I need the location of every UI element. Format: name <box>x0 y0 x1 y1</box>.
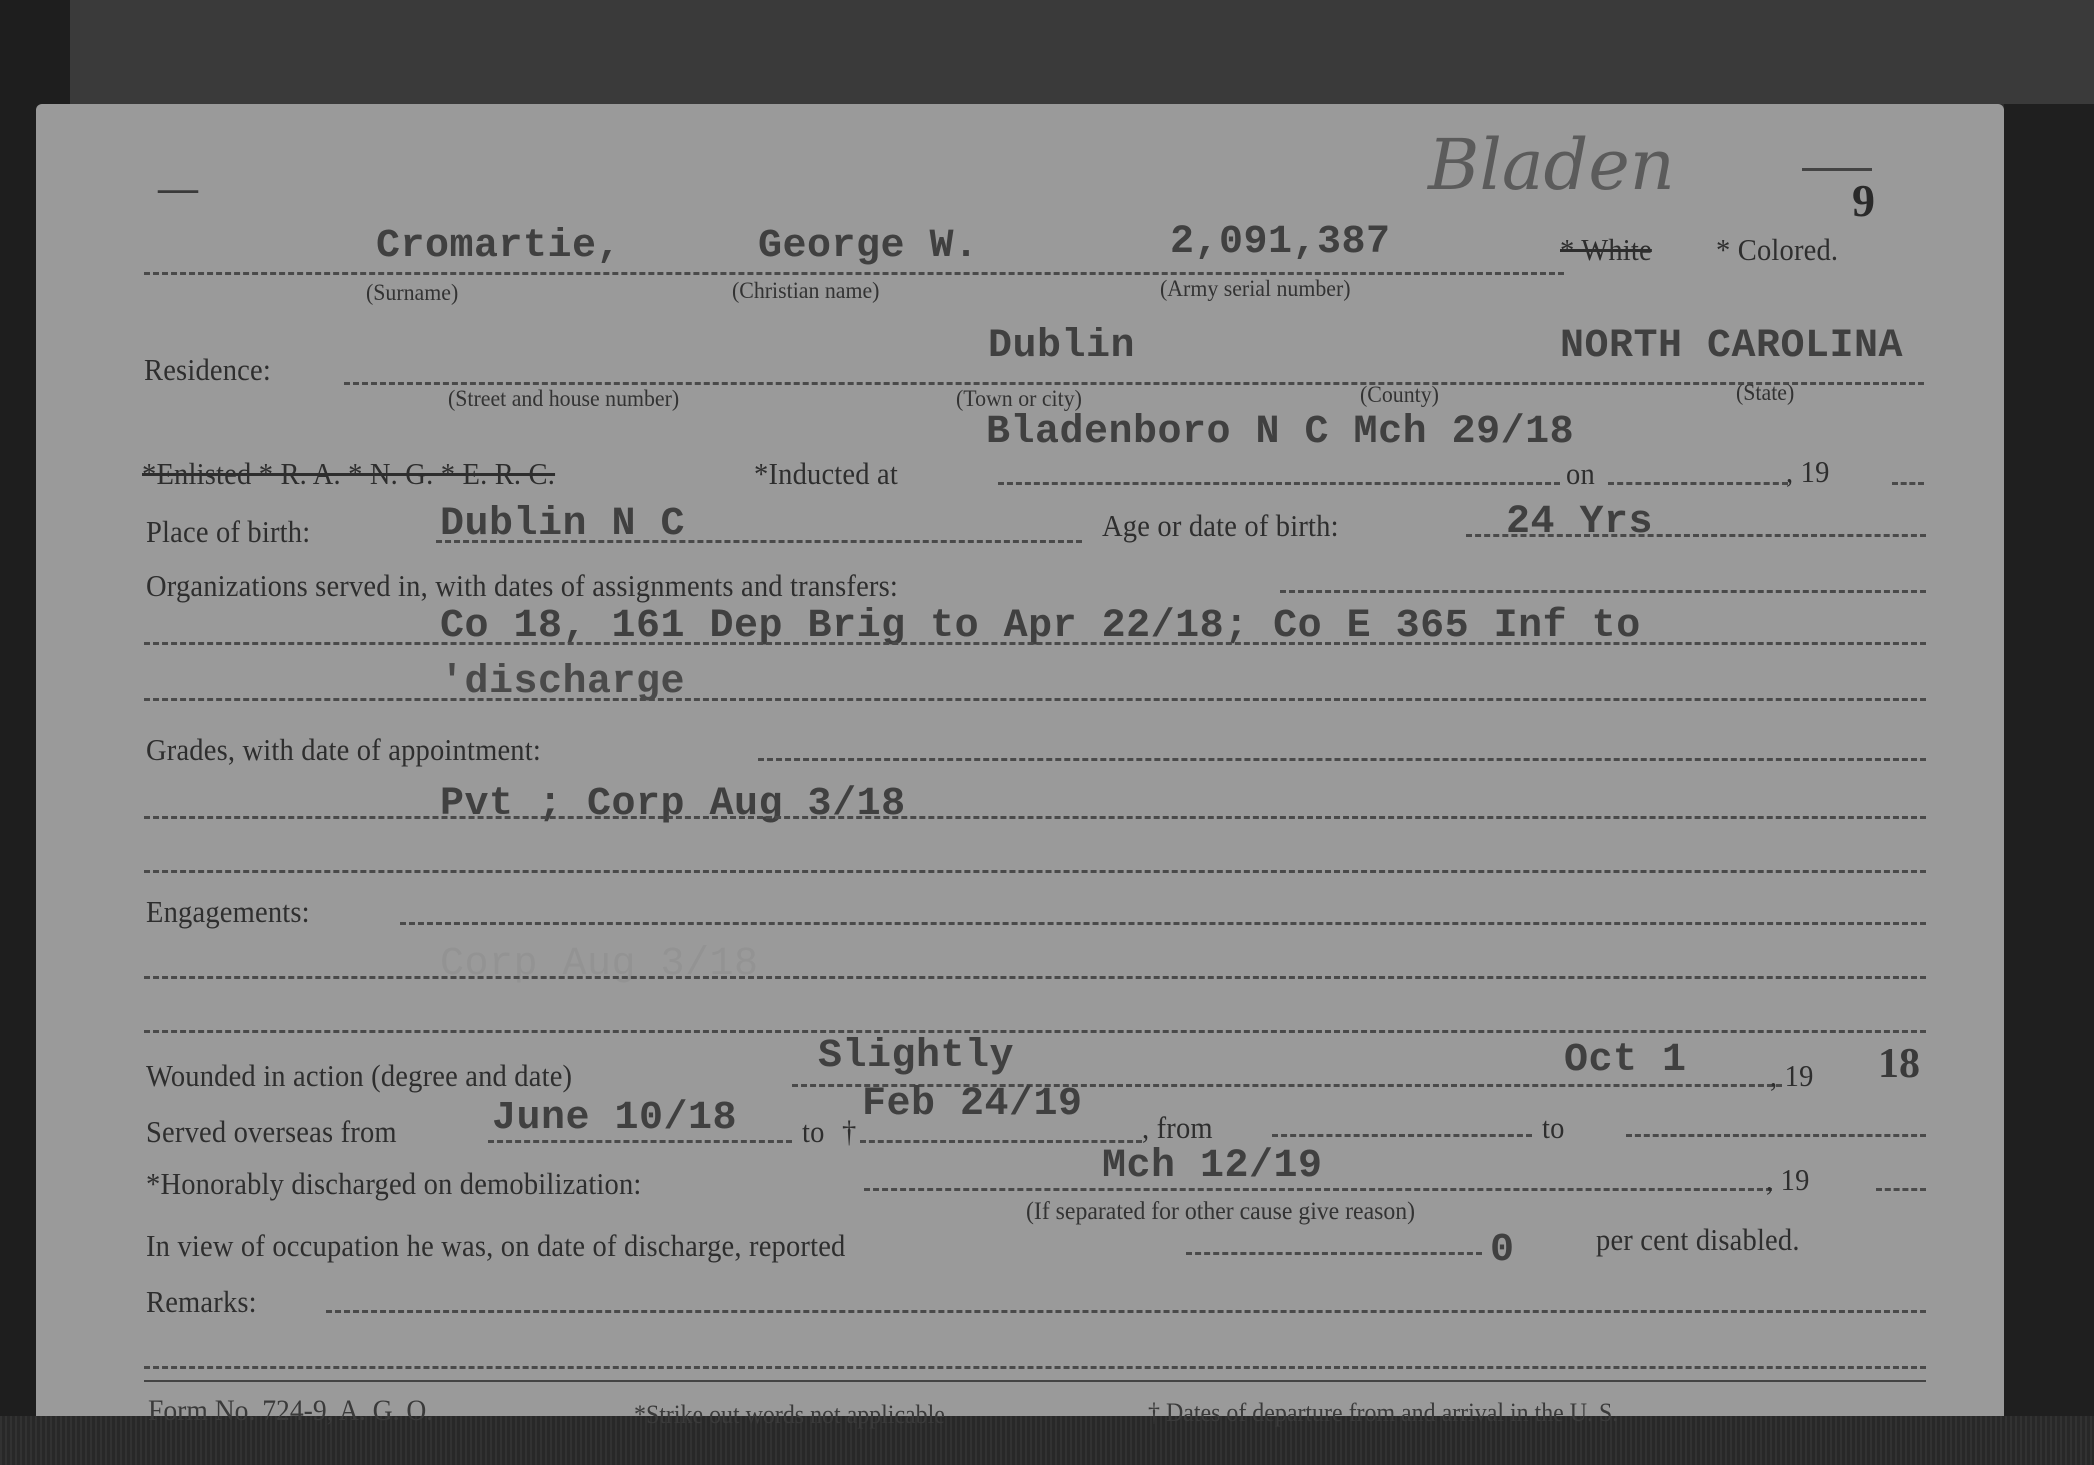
grades-label: Grades, with date of appointment: <box>146 732 541 768</box>
grades-line1: Pvt ; Corp Aug 3/18 <box>440 782 906 827</box>
place-of-birth-line <box>436 540 1082 543</box>
discharge-note: (If separated for other cause give reaso… <box>1026 1198 1415 1226</box>
race-colored: * Colored. <box>1716 232 1838 268</box>
residence-town-value: Dublin <box>988 324 1135 369</box>
engagements-line-1 <box>144 976 1926 979</box>
card-number: 9 <box>1852 174 1875 227</box>
on-label: on <box>1566 456 1595 492</box>
grades-line-1 <box>144 816 1926 819</box>
wounded-year: 18 <box>1878 1040 1920 1088</box>
race-white-struck: * White <box>1560 232 1652 268</box>
organizations-line-2 <box>144 698 1926 701</box>
strike-note: *Strike out words not applicable <box>634 1400 945 1430</box>
overseas-to-1: Feb 24/19 <box>862 1082 1083 1127</box>
residence-label: Residence: <box>144 352 271 388</box>
on-line <box>1608 482 1788 485</box>
overseas-label: Served overseas from <box>146 1114 397 1150</box>
christian-name-value: George W. <box>758 224 979 269</box>
remarks-line-2 <box>144 1366 1926 1369</box>
discharge-year-prefix: , 19 <box>1766 1162 1810 1198</box>
induction-place-date: Bladenboro N C Mch 29/18 <box>986 410 1574 455</box>
grades-line-0 <box>758 758 1926 761</box>
dagger-note: † Dates of departure from and arrival in… <box>1148 1398 1618 1428</box>
organizations-line-0 <box>1280 590 1926 593</box>
street-label: (Street and house number) <box>448 386 679 412</box>
age-line <box>1466 534 1926 537</box>
background-right <box>2004 104 2094 1416</box>
discharge-year-line <box>1876 1188 1926 1191</box>
induction-year-prefix: , 19 <box>1786 454 1830 490</box>
overseas-to-label-2: to <box>1542 1110 1565 1146</box>
surname-value: Cromartie, <box>376 224 621 269</box>
induction-year-line <box>1892 482 1924 485</box>
residence-line <box>344 382 1924 385</box>
organizations-line-1 <box>144 642 1926 645</box>
name-line <box>144 272 1564 275</box>
wounded-date: Oct 1 <box>1564 1038 1687 1083</box>
overseas-from-1: June 10/18 <box>492 1096 737 1141</box>
state-label: (State) <box>1736 380 1794 406</box>
age-value: 24 Yrs <box>1506 500 1653 545</box>
engagements-label: Engagements: <box>146 894 310 930</box>
christian-name-label: (Christian name) <box>732 278 879 304</box>
county-label: (County) <box>1360 382 1439 408</box>
disability-suffix: per cent disabled. <box>1596 1222 1800 1258</box>
enlisted-struck: *Enlisted * R. A. * N. G. * E. R. C. <box>142 456 555 492</box>
remarks-line-1 <box>326 1310 1926 1313</box>
serial-number-label: (Army serial number) <box>1160 276 1351 302</box>
age-label: Age or date of birth: <box>1102 508 1339 544</box>
corner-mark: — <box>158 164 198 211</box>
organizations-label: Organizations served in, with dates of a… <box>146 568 898 604</box>
background-top <box>70 0 2094 104</box>
dagger-icon: † <box>842 1114 856 1150</box>
overseas-to-1-line <box>860 1140 1142 1143</box>
wounded-degree: Slightly <box>818 1034 1014 1079</box>
form-number: Form No. 724-9, A. G. O. <box>148 1394 433 1428</box>
inducted-line <box>998 482 1560 485</box>
inducted-label: *Inducted at <box>754 456 898 492</box>
card-number-line <box>1802 168 1872 171</box>
disability-value: 0 <box>1490 1228 1515 1273</box>
disability-label: In view of occupation he was, on date of… <box>146 1228 846 1264</box>
engagements-line-0 <box>400 922 1926 925</box>
disability-line <box>1186 1252 1482 1255</box>
service-record-card: — Bladen 9 Cromartie, George W. 2,091,38… <box>36 104 2004 1416</box>
discharge-label: *Honorably discharged on demobilization: <box>146 1166 642 1202</box>
discharge-date: Mch 12/19 <box>1102 1144 1323 1189</box>
grades-line-2 <box>144 870 1926 873</box>
serial-number-value: 2,091,387 <box>1170 220 1391 265</box>
overseas-from-2-line <box>1272 1134 1532 1137</box>
engagements-ghost-text: Corp Aug 3/18 <box>440 942 759 987</box>
overseas-to-2-line <box>1626 1134 1926 1137</box>
engagements-line-2 <box>144 1030 1926 1033</box>
overseas-from-1-line <box>488 1140 792 1143</box>
footer-rule <box>144 1380 1926 1382</box>
county-handwritten: Bladen <box>1428 124 1675 206</box>
remarks-label: Remarks: <box>146 1284 257 1320</box>
wounded-label: Wounded in action (degree and date) <box>146 1058 572 1094</box>
wounded-year-prefix: , 19 <box>1770 1058 1814 1094</box>
discharge-line <box>864 1188 1772 1191</box>
overseas-from-label: , from <box>1142 1110 1213 1146</box>
place-of-birth-label: Place of birth: <box>146 514 310 550</box>
residence-state-value: NORTH CAROLINA <box>1560 324 1903 369</box>
town-label: (Town or city) <box>956 386 1082 412</box>
overseas-to-label: to <box>802 1114 825 1150</box>
surname-label: (Surname) <box>366 280 458 306</box>
